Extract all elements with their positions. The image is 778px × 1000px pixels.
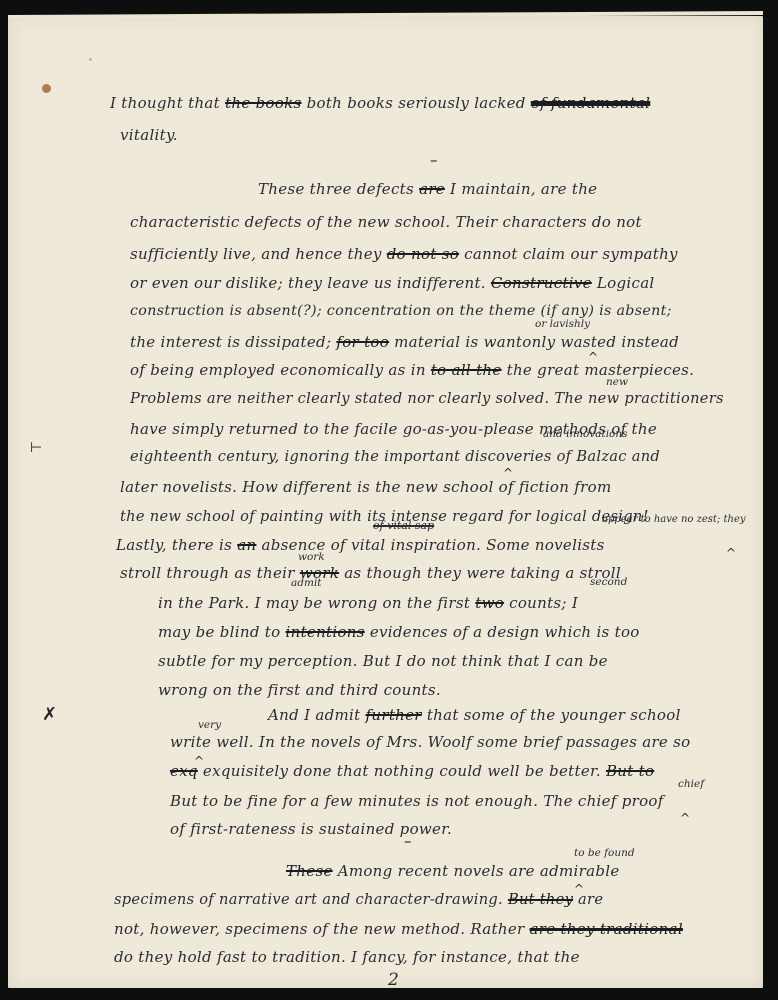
- insertion-caret: ^: [680, 811, 690, 825]
- struck-insertion: of vital sap: [373, 519, 434, 532]
- manuscript-line-4: These three defects are I maintain, are …: [258, 180, 597, 198]
- manuscript-line-31: do they hold fast to tradition. I fancy,…: [114, 948, 580, 966]
- manuscript-line-29: specimens of narrative art and character…: [114, 891, 603, 908]
- manuscript-line-5: characteristic defects of the new school…: [130, 213, 642, 231]
- struck-text: intentions: [286, 623, 365, 641]
- manuscript-line-25: But to be fine for a few minutes is not …: [170, 792, 664, 810]
- manuscript-line-22: And I admit further that some of the you…: [268, 706, 681, 724]
- line-text: of being employed economically as in: [130, 361, 431, 379]
- manuscript-line-18: in the Park. I may be wrong on the first…: [158, 594, 578, 612]
- line-text: counts; I: [504, 594, 578, 612]
- struck-text: two: [475, 594, 504, 612]
- page-number: 2: [388, 970, 399, 990]
- manuscript-line-23: write well. In the novels of Mrs. Woolf …: [170, 733, 691, 751]
- line-text: I thought that: [110, 94, 225, 112]
- insertion-above: admit: [291, 577, 322, 589]
- insertion-above: new: [606, 376, 628, 388]
- insertion-caret: ^: [726, 546, 736, 560]
- line-text: Logical: [592, 274, 655, 292]
- line-text: are: [573, 891, 603, 908]
- manuscript-line-17: stroll through as their work as though t…: [120, 564, 621, 582]
- struck-text: the books: [225, 94, 301, 112]
- manuscript-line-11: Problems are neither clearly stated nor …: [130, 390, 724, 407]
- line-text: may be blind to: [158, 623, 286, 641]
- manuscript-line-8: construction is absent(?); concentration…: [130, 303, 672, 319]
- struck-text: exq: [170, 762, 198, 780]
- manuscript-line-20: subtle for my perception. But I do not t…: [158, 652, 608, 670]
- struck-text: to all the: [431, 361, 502, 379]
- line-text: or even our dislike; they leave us indif…: [130, 274, 491, 292]
- line-text: cannot claim our sympathy: [459, 245, 678, 263]
- line-text: in the Park.: [158, 594, 255, 612]
- line-text: the interest is dissipated;: [130, 333, 336, 351]
- insertion-above: very: [198, 719, 221, 731]
- insertion-above: appear to have no zest; they: [602, 514, 746, 525]
- insertion-above: and innovations: [543, 428, 628, 440]
- manuscript-line-1: I thought that the books both books seri…: [110, 94, 650, 112]
- margin-mark-icon: ✗: [42, 704, 57, 725]
- line-text: sufficiently live, and hence they: [130, 245, 387, 263]
- insertion-above: work: [298, 551, 325, 563]
- line-text: evidences of a design which is too: [365, 623, 640, 641]
- struck-text: further: [366, 706, 422, 724]
- line-text: And I admit: [268, 706, 366, 724]
- margin-mark-icon: ⊢: [30, 440, 42, 456]
- manuscript-line-6: sufficiently live, and hence they do not…: [130, 245, 678, 263]
- line-text: material is wantonly wasted instead: [389, 333, 679, 351]
- manuscript-line-30: not, however, specimens of the new metho…: [114, 920, 683, 938]
- line-text: Among recent novels are admirable: [333, 862, 620, 880]
- struck-text: But they: [508, 891, 573, 908]
- paper-speck: [89, 58, 92, 61]
- line-text: I maintain, are the: [445, 180, 597, 198]
- paper-stain: [42, 84, 51, 93]
- struck-text: Constructive: [491, 274, 592, 292]
- struck-text: for too: [336, 333, 389, 351]
- manuscript-line-24: exq exquisitely done that nothing could …: [170, 762, 654, 780]
- insertion-above: to be found: [574, 847, 635, 859]
- insertion-above: chief: [678, 778, 704, 790]
- line-text: the great masterpieces.: [502, 361, 695, 379]
- struck-text: of fundamental: [531, 94, 651, 112]
- line-text: both books seriously lacked: [302, 94, 531, 112]
- insertion-above: second: [590, 576, 627, 588]
- line-text: that some of the younger school: [422, 706, 681, 724]
- line-text: stroll through as their: [120, 564, 300, 582]
- line-text: exquisitely done that nothing could well…: [198, 762, 606, 780]
- manuscript-line-7: or even our dislike; they leave us indif…: [130, 274, 655, 292]
- manuscript-line-2: vitality.: [120, 126, 178, 144]
- insertion-above: or lavishly: [535, 318, 590, 330]
- manuscript-line-16: Lastly, there is an absence of vital ins…: [116, 536, 605, 554]
- line-text: I may be wrong on the first: [255, 594, 476, 612]
- struck-text: are: [419, 180, 445, 198]
- manuscript-line-9: the interest is dissipated; for too mate…: [130, 333, 679, 351]
- manuscript-line-13: eighteenth century, ignoring the importa…: [130, 448, 660, 465]
- manuscript-line-19: may be blind to intentions evidences of …: [158, 623, 640, 641]
- manuscript-line-14: later novelists. How different is the ne…: [120, 478, 611, 496]
- section-divider: –: [404, 832, 412, 850]
- struck-text: are they traditional: [530, 920, 683, 938]
- struck-text: These: [286, 862, 333, 880]
- struck-text: But to: [606, 762, 654, 780]
- manuscript-line-28: These Among recent novels are admirable: [286, 862, 620, 880]
- struck-text: an: [237, 536, 256, 554]
- struck-text: do not so: [387, 245, 459, 263]
- line-text: not, however, specimens of the new metho…: [114, 920, 530, 938]
- section-divider: –: [430, 151, 438, 169]
- manuscript-page: I thought that the books both books seri…: [8, 16, 763, 988]
- line-text: specimens of narrative art and character…: [114, 891, 508, 908]
- line-text: Lastly, there is: [116, 536, 237, 554]
- line-text: These three defects: [258, 180, 419, 198]
- line-text: as though they were taking a stroll: [339, 564, 621, 582]
- manuscript-line-21: wrong on the first and third counts.: [158, 681, 441, 699]
